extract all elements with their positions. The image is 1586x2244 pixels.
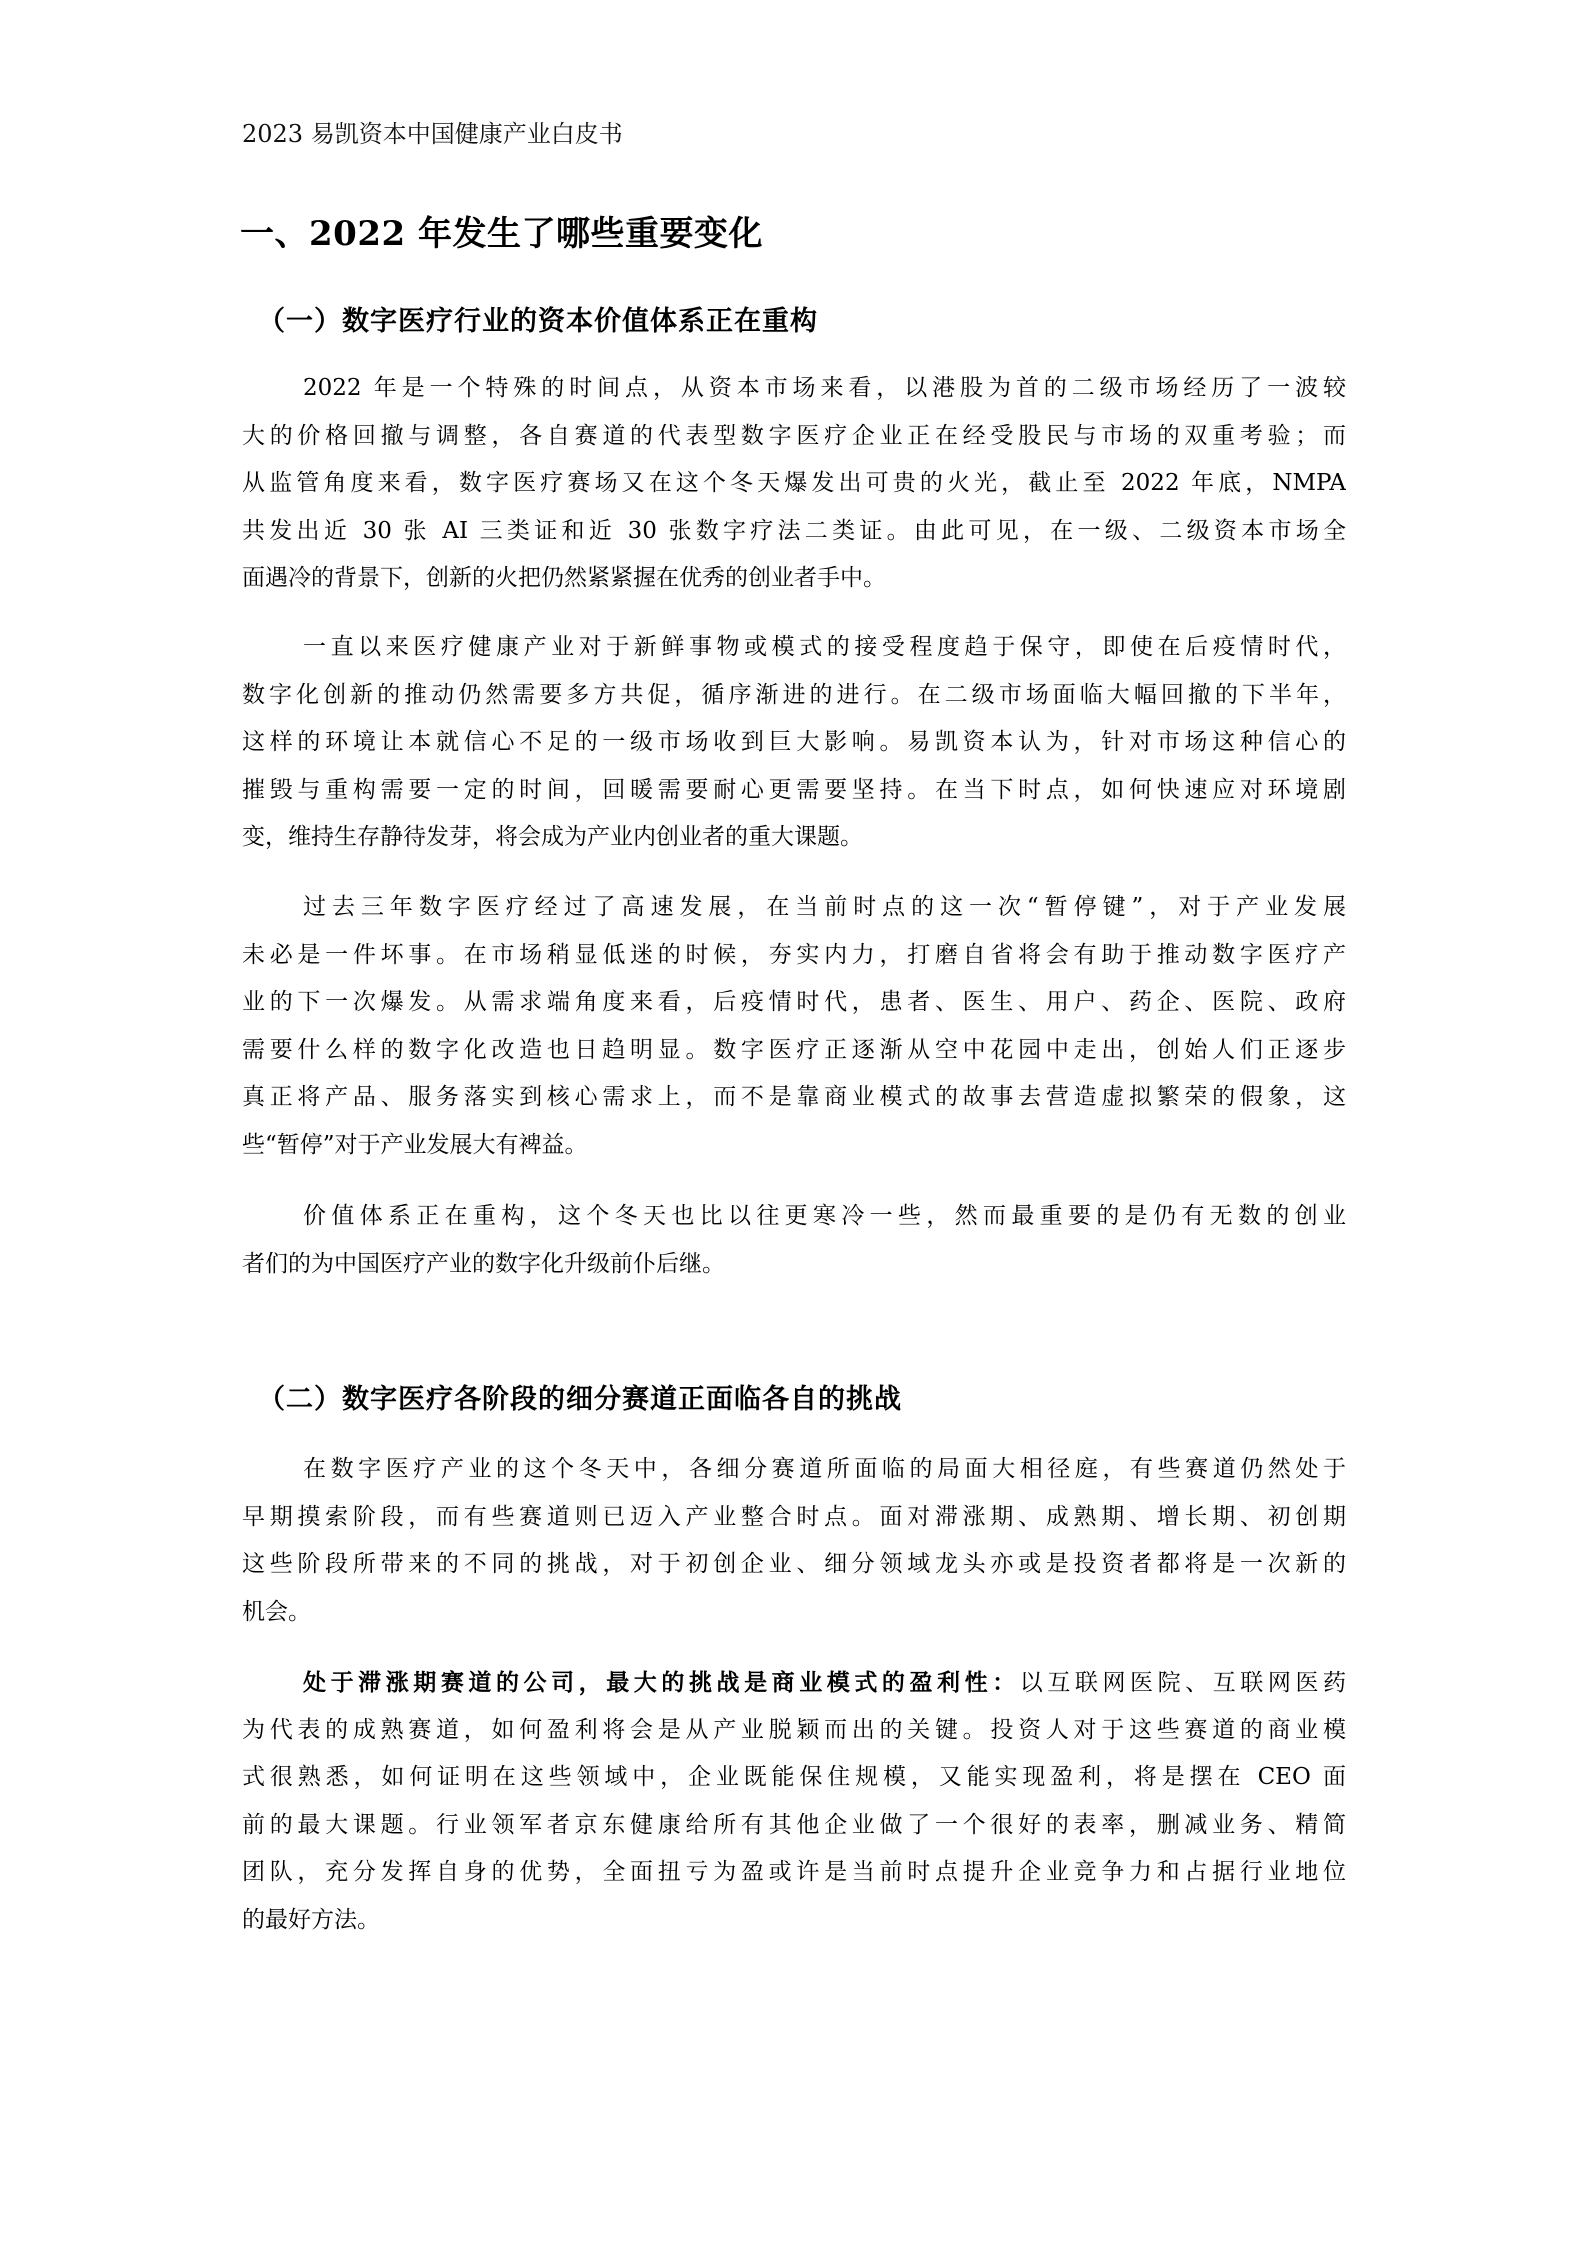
- paragraph-line: 面遇冷的背景下，创新的火把仍然紧紧握在优秀的创业者手中。: [242, 555, 1346, 603]
- subsection-heading-1: （一）数字医疗行业的资本价值体系正在重构: [258, 302, 818, 342]
- paragraph-line: 些“暂停”对于产业发展大有裨益。: [242, 1122, 1346, 1170]
- paragraph-line: 团队，充分发挥自身的优势，全面扭亏为盈或许是当前时点提升企业竞争力和占据行业地位: [242, 1849, 1346, 1897]
- paragraph-line: 未必是一件坏事。在市场稍显低迷的时候，夯实内力，打磨自省将会有助于推动数字医疗产: [242, 932, 1346, 980]
- paragraph-line: 者们的为中国医疗产业的数字化升级前仆后继。: [242, 1241, 1346, 1289]
- paragraph-line: 前的最大课题。行业领军者京东健康给所有其他企业做了一个很好的表率，删减业务、精简: [242, 1802, 1346, 1850]
- paragraph-line: 真正将产品、服务落实到核心需求上，而不是靠商业模式的故事去营造虚拟繁荣的假象，这: [242, 1074, 1346, 1122]
- paragraph-line: 早期摸索阶段，而有些赛道则已迈入产业整合时点。面对滞涨期、成熟期、增长期、初创期: [242, 1494, 1346, 1542]
- paragraph: 2022 年是一个特殊的时间点，从资本市场来看，以港股为首的二级市场经历了一波较…: [242, 365, 1346, 603]
- paragraph-line-lead: 处于滞涨期赛道的公司，最大的挑战是商业模式的盈利性：以互联网医院、互联网医药: [242, 1659, 1346, 1707]
- paragraph-line: 共发出近 30 张 AI 三类证和近 30 张数字疗法二类证。由此可见，在一级、…: [242, 508, 1346, 556]
- paragraph-line: 过去三年数字医疗经过了高速发展，在当前时点的这一次“暂停键”，对于产业发展: [242, 884, 1346, 932]
- paragraph-line: 为代表的成熟赛道，如何盈利将会是从产业脱颖而出的关键。投资人对于这些赛道的商业模: [242, 1707, 1346, 1755]
- paragraph: 一直以来医疗健康产业对于新鲜事物或模式的接受程度趋于保守，即使在后疫情时代， 数…: [242, 624, 1346, 862]
- paragraph-line: 从监管角度来看，数字医疗赛场又在这个冬天爆发出可贵的火光，截止至 2022 年底…: [242, 460, 1346, 508]
- paragraph: 在数字医疗产业的这个冬天中，各细分赛道所面临的局面大相径庭，有些赛道仍然处于 早…: [242, 1446, 1346, 1636]
- paragraph-line: 的最好方法。: [242, 1897, 1346, 1945]
- paragraph-line: 数字化创新的推动仍然需要多方共促，循序渐进的进行。在二级市场面临大幅回撤的下半年…: [242, 672, 1346, 720]
- paragraph: 处于滞涨期赛道的公司，最大的挑战是商业模式的盈利性：以互联网医院、互联网医药 为…: [242, 1659, 1346, 1945]
- paragraph-line: 机会。: [242, 1589, 1346, 1637]
- paragraph-line: 这些阶段所带来的不同的挑战，对于初创企业、细分领域龙头亦或是投资者都将是一次新的: [242, 1541, 1346, 1589]
- paragraph-line: 这样的环境让本就信心不足的一级市场收到巨大影响。易凯资本认为，针对市场这种信心的: [242, 719, 1346, 767]
- paragraph: 价值体系正在重构，这个冬天也比以往更寒冷一些，然而最重要的是仍有无数的创业 者们…: [242, 1193, 1346, 1288]
- paragraph-line: 业的下一次爆发。从需求端角度来看，后疫情时代，患者、医生、用户、药企、医院、政府: [242, 979, 1346, 1027]
- paragraph-line: 需要什么样的数字化改造也日趋明显。数字医疗正逐渐从空中花园中走出，创始人们正逐步: [242, 1027, 1346, 1075]
- subsection-heading-2: （二）数字医疗各阶段的细分赛道正面临各自的挑战: [258, 1380, 902, 1420]
- paragraph-line: 摧毁与重构需要一定的时间，回暖需要耐心更需要坚持。在当下时点，如何快速应对环境剧: [242, 767, 1346, 815]
- bold-lead-text: 处于滞涨期赛道的公司，最大的挑战是商业模式的盈利性：: [303, 1669, 1020, 1696]
- paragraph-line: 一直以来医疗健康产业对于新鲜事物或模式的接受程度趋于保守，即使在后疫情时代，: [242, 624, 1346, 672]
- paragraph-line: 大的价格回撤与调整，各自赛道的代表型数字医疗企业正在经受股民与市场的双重考验；而: [242, 413, 1346, 461]
- paragraph-line: 价值体系正在重构，这个冬天也比以往更寒冷一些，然而最重要的是仍有无数的创业: [242, 1193, 1346, 1241]
- section-heading: 一、2022 年发生了哪些重要变化: [240, 210, 763, 258]
- lead-rest-text: 以互联网医院、互联网医药: [1020, 1670, 1346, 1696]
- paragraph-line: 变，维持生存静待发芽，将会成为产业内创业者的重大课题。: [242, 814, 1346, 862]
- paragraph-line: 2022 年是一个特殊的时间点，从资本市场来看，以港股为首的二级市场经历了一波较: [242, 365, 1346, 413]
- document-page: 2023 易凯资本中国健康产业白皮书 一、2022 年发生了哪些重要变化 （一）…: [0, 0, 1586, 2244]
- paragraph: 过去三年数字医疗经过了高速发展，在当前时点的这一次“暂停键”，对于产业发展 未必…: [242, 884, 1346, 1170]
- paragraph-line: 式很熟悉，如何证明在这些领域中，企业既能保住规模，又能实现盈利，将是摆在 CEO…: [242, 1754, 1346, 1802]
- paragraph-line: 在数字医疗产业的这个冬天中，各细分赛道所面临的局面大相径庭，有些赛道仍然处于: [242, 1446, 1346, 1494]
- running-header: 2023 易凯资本中国健康产业白皮书: [242, 118, 623, 150]
